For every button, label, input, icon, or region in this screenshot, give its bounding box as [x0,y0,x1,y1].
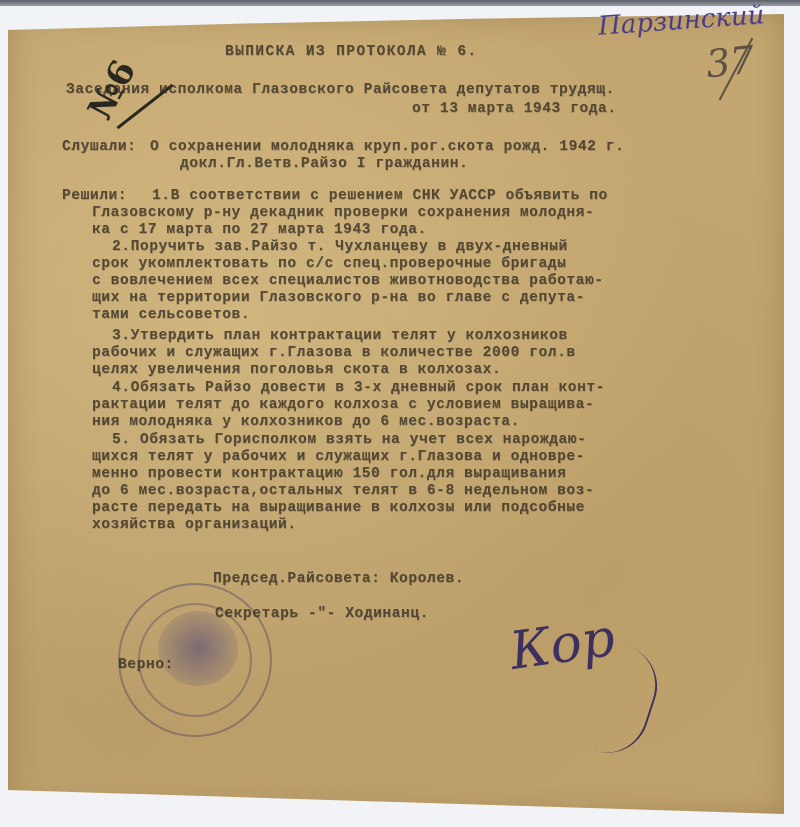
item-2-line-2: срок укомплектовать по с/с спец.провероч… [92,256,566,272]
heard-line-1: О сохранении молодняка круп.рог.скота ро… [150,139,624,155]
item-2-line-4: щих на территории Глазовского р-на во гл… [92,290,585,306]
secretary-line: Секретарь -"- Ходинанц. [215,606,429,622]
item-5-line-6: хозяйства организаций. [92,517,297,533]
decided-label: Решили: [62,188,127,204]
document-title: ВЫПИСКА ИЗ ПРОТОКОЛА № 6. [225,44,478,60]
heard-line-2: докл.Гл.Ветв.Райзо I гражданин. [180,156,468,172]
stamp-emblem [158,611,238,686]
heard-label: Слушали: [62,139,136,155]
item-2-line-3: с вовлечением всех специалистов животнов… [92,273,604,289]
chairman-line: Председ.Райсовета: Королев. [213,571,464,587]
item-4-line-1: 4.Обязать Райзо довести в 3-х дневный ср… [112,380,605,396]
item-5-line-2: щихся телят у рабочих и служащих г.Глазо… [92,449,585,465]
item-4-line-2: рактации телят до каждого колхоза с усло… [92,397,594,413]
item-5-line-3: менно провести контрактацию 150 гол.для … [92,466,566,482]
item-1-line-1: 1.В соответствии с решением СНК УАССР об… [152,188,608,204]
item-5-line-5: расте передать на выращивание в колхозы … [92,500,585,516]
item-3-line-2: рабочих и служащих г.Глазова в количеств… [92,345,576,361]
item-2-line-5: тами сельсоветов. [92,307,250,323]
item-3-line-3: целях увеличения поголовья скота в колхо… [92,362,501,378]
header-line-2: от 13 марта 1943 года. [412,101,617,117]
item-3-line-1: 3.Утвердить план контрактации телят у ко… [112,328,568,344]
item-1-line-3: ка с 17 марта по 27 марта 1943 года. [92,222,427,238]
item-5-line-4: до 6 мес.возраста,остальных телят в 6-8 … [92,483,594,499]
item-2-line-1: 2.Поручить зав.Райзо т. Чухланцеву в дву… [112,239,568,255]
verno-label: Верно: [118,657,174,673]
item-5-line-1: 5. Обязать Горисполком взять на учет все… [112,432,586,448]
item-4-line-3: ния молодняка у колхозников до 6 мес.воз… [92,414,520,430]
header-line-1: Заседания исполкома Глазовского Райсовет… [66,82,615,98]
item-1-line-2: Глазовскому р-ну декадник проверки сохра… [92,205,594,221]
